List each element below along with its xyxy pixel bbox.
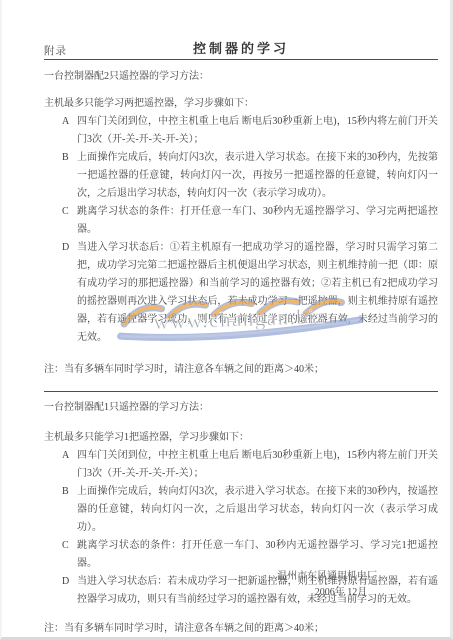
page-footer: 温州市东风通用机电厂 2006年 12月	[242, 569, 412, 601]
step-item-d: D 当进入学习状态后：①若主机原有一把成功学习的遥控器，学习时只需学习第二把，成…	[44, 239, 438, 347]
page-title: 控制器的学习	[44, 40, 438, 58]
step-text: 当进入学习状态后：①若主机原有一把成功学习的遥控器，学习时只需学习第二把，成功学…	[77, 242, 438, 343]
page-header: 附录 控制器的学习	[44, 40, 438, 56]
step-letter: A	[62, 447, 69, 465]
step-item-a: A 四车门关闭到位，中控主机重上电后 断电后30秒重新上电)，15秒内将左前门开…	[44, 447, 438, 483]
step-letter: C	[62, 537, 69, 555]
header-divider	[44, 59, 438, 60]
step-item-b: B 上面操作完成后，转向灯闪3次，表示进入学习状态。在接下来的30秒内，先按第一…	[44, 149, 438, 203]
document-content: 附录 控制器的学习 一台控制器配2只遥控器的学习方法： 主机最多只能学习两把遥控…	[2, 0, 450, 638]
appendix-label: 附录	[44, 43, 67, 61]
step-text: 四车门关闭到位，中控主机重上电后 断电后30秒重新上电)，15秒内将左前门开关门…	[77, 450, 438, 479]
section2-note: 注：当有多辆车同时学习时，请注意各车辆之间的距离＞40米；	[44, 620, 438, 638]
step-letter: D	[62, 239, 69, 257]
step-item-c: C 跳离学习状态的条件：打开任意一车门、30秒内无遥控器学习、学习完两把遥控器。	[44, 203, 438, 239]
step-text: 上面操作完成后，转向灯闪3次，表示进入学习状态。在接下来的30秒内，按遥控器的任…	[77, 486, 438, 533]
step-text: 上面操作完成后，转向灯闪3次，表示进入学习状态。在接下来的30秒内，先按第一把遥…	[77, 152, 438, 199]
footer-date: 2006年 12月	[242, 585, 412, 601]
section1-note: 注：当有多辆车同时学习时，请注意各车辆之间的距离＞40米；	[44, 361, 438, 379]
step-item-c: C 跳离学习状态的条件：打开任意一车门、30秒内无遥控器学习、学习完1把遥控器。	[44, 537, 438, 573]
section1-step-list: A 四车门关闭到位，中控主机重上电后 断电后30秒重新上电)，15秒内将左前门开…	[44, 113, 438, 347]
section-divider	[44, 391, 438, 392]
document-page: 附录 控制器的学习 一台控制器配2只遥控器的学习方法： 主机最多只能学习两把遥控…	[0, 0, 453, 640]
step-letter: C	[62, 203, 69, 221]
factory-name: 温州市东风通用机电厂	[242, 569, 412, 585]
step-letter: D	[62, 573, 69, 591]
step-item-b: B 上面操作完成后，转向灯闪3次，表示进入学习状态。在接下来的30秒内，按遥控器…	[44, 483, 438, 537]
step-text: 跳离学习状态的条件：打开任意一车门、30秒内无遥控器学习、学习完两把遥控器。	[77, 206, 438, 235]
section1-intro: 一台控制器配2只遥控器的学习方法：	[44, 68, 438, 86]
step-text: 四车门关闭到位，中控主机重上电后 断电后30秒重新上电)，15秒内将左前门开关门…	[77, 116, 438, 145]
step-item-a: A 四车门关闭到位，中控主机重上电后 断电后30秒重新上电)，15秒内将左前门开…	[44, 113, 438, 149]
step-letter: A	[62, 113, 69, 131]
step-letter: B	[62, 149, 69, 167]
section1-subintro: 主机最多只能学习两把遥控器，学习步骤如下：	[44, 95, 438, 113]
step-letter: B	[62, 483, 69, 501]
step-text: 跳离学习状态的条件：打开任意一车门、30秒内无遥控器学习、学习完1把遥控器。	[77, 540, 438, 569]
section2-intro: 一台控制器配1只遥控器的学习方法：	[44, 399, 438, 417]
section2-subintro: 主机最多只能学习1把遥控器，学习步骤如下：	[44, 429, 438, 447]
